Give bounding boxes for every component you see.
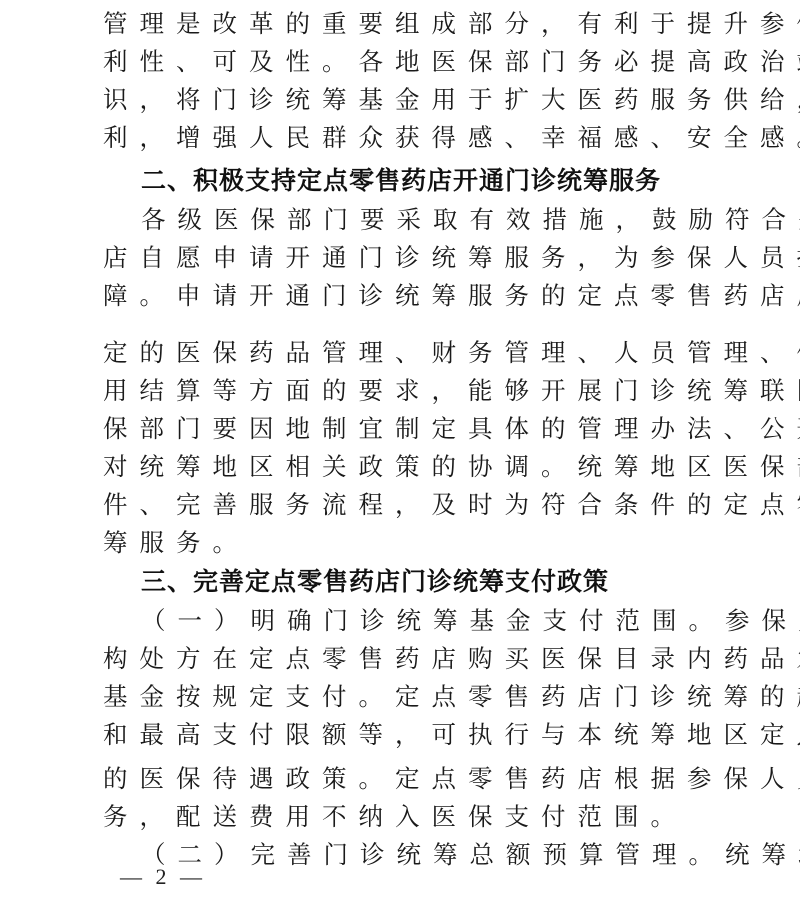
body-line: （二）完善门诊统筹总额预算管理。统筹地区医保部门要根 (141, 836, 741, 873)
body-line: 定的医保药品管理、财务管理、人员管理、信息管理以及医保费 (103, 334, 703, 371)
body-line: 障。申请开通门诊统筹服务的定点零售药店应当符合医保部门规 (103, 277, 703, 314)
section-heading-3: 三、完善定点零售药店门诊统筹支付政策 (141, 563, 741, 600)
body-line: 和最高支付限额等，可执行与本统筹地区定点基层医疗机构相同 (103, 716, 703, 753)
body-line: 基金按规定支付。定点零售药店门诊统筹的起付标准、支付比例 (103, 678, 703, 715)
body-line: 构处方在定点零售药店购买医保目录内药品发生的费用可由统筹 (103, 640, 703, 677)
body-line: 的医保待遇政策。定点零售药店根据参保人员需要可提供配送服 (103, 760, 703, 797)
body-line: 管理是改革的重要组成部分，有利于提升参保人员就医购药的便 (103, 5, 703, 42)
body-line: （一）明确门诊统筹基金支付范围。参保人员凭定点医药机 (141, 602, 741, 639)
body-line: 件、完善服务流程，及时为符合条件的定点零售药店开通门诊统 (103, 486, 703, 523)
body-line: 对统筹地区相关政策的协调。统筹地区医保部门要优化申请条 (103, 448, 703, 485)
body-line: 店自愿申请开通门诊统筹服务，为参保人员提供门诊统筹用药保 (103, 239, 703, 276)
body-line: 利，增强人民群众获得感、幸福感、安全感。 (103, 119, 703, 156)
body-line: 识，将门诊统筹基金用于扩大医药服务供给，释放医保改革红 (103, 81, 703, 118)
body-line: 保部门要因地制宜制定具体的管理办法、公开办理流程，并加强 (103, 410, 703, 447)
document-page: 管理是改革的重要组成部分，有利于提升参保人员就医购药的便 利性、可及性。各地医保… (0, 0, 800, 918)
page-number: — 2 — (120, 864, 206, 890)
body-line: 利性、可及性。各地医保部门务必提高政治站位，统一思想认 (103, 43, 703, 80)
body-line: 务，配送费用不纳入医保支付范围。 (103, 798, 703, 835)
section-heading-2: 二、积极支持定点零售药店开通门诊统筹服务 (141, 162, 741, 199)
body-line: 筹服务。 (103, 524, 703, 561)
body-line: 各级医保部门要采取有效措施，鼓励符合条件的定点零售药 (141, 201, 741, 238)
body-line: 用结算等方面的要求，能够开展门诊统筹联网直接结算。省级医 (103, 372, 703, 409)
